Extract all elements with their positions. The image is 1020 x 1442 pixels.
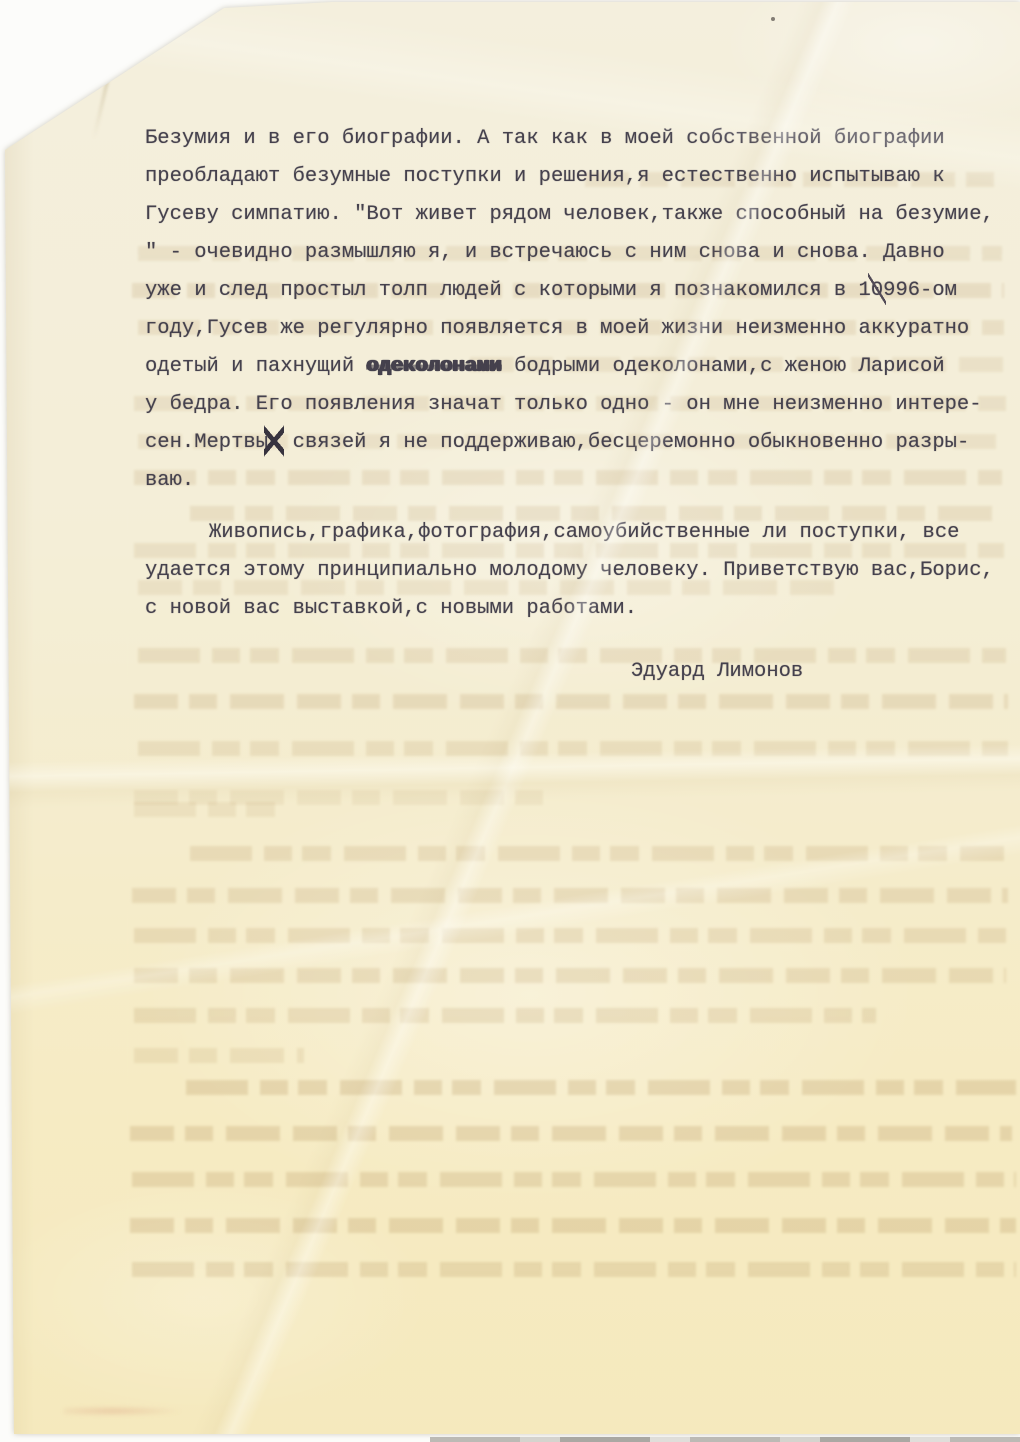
text-line: одетый и пахнущий одеколонами бодрыми од… (145, 348, 1013, 386)
letter-body: Безумия и в его биографии. А так как в м… (145, 120, 1013, 691)
bleed-through-line (134, 694, 1008, 709)
text-segment: одетый и пахнущий (145, 355, 366, 378)
bleed-through-line (134, 968, 1006, 983)
bleed-through-line (134, 1008, 876, 1023)
paper-sheet-wrap: Безумия и в его биографии. А так как в м… (0, 0, 1020, 1442)
bleed-through-line (132, 1262, 1016, 1277)
paper-sheet: Безумия и в его биографии. А так как в м… (0, 0, 1020, 1442)
paragraph-2: Живопись,графика,фотография,самоубийстве… (145, 514, 1013, 628)
scanned-letter-page: Безумия и в его биографии. А так как в м… (0, 0, 1020, 1442)
ink-speck (771, 17, 775, 21)
text-line: Гусеву симпатию. "Вот живет рядом челове… (145, 196, 1013, 234)
pen-struck-zero: 0 (871, 272, 883, 310)
bleed-through-line (130, 1126, 1012, 1141)
faint-smudge (64, 1406, 184, 1416)
paragraph-1: Безумия и в его биографии. А так как в м… (145, 120, 1013, 500)
bleed-through-line (190, 846, 1004, 861)
overstruck-letter: х (268, 424, 280, 462)
text-segment: 996-ом (883, 279, 957, 302)
scanner-edge-shadow (430, 1437, 1020, 1442)
bleed-through-line (138, 741, 1008, 756)
text-segment: уже и след простыл толп людей с которыми… (145, 279, 871, 302)
text-line: преобладают безумные поступки и решения,… (145, 158, 1013, 196)
text-segment: связей я не поддерживаю,бесцеремонно обы… (280, 431, 969, 454)
text-line: году,Гусев же регулярно появляется в мое… (145, 310, 1013, 348)
bleed-through-line (134, 1048, 304, 1063)
typed-over-word: одеколонами (366, 355, 501, 378)
corner-crease (92, 68, 112, 139)
text-segment: бодрыми одеколонами,с женою Ларисой (502, 355, 945, 378)
bleed-through-line (130, 1218, 1016, 1233)
bleed-through-line (132, 1172, 1016, 1187)
text-line: ваю. (145, 462, 1013, 500)
bleed-through-line (134, 928, 1012, 943)
text-line: сен.Мертвых связей я не поддерживаю,бесц… (145, 424, 1013, 462)
text-line: уже и след простыл толп людей с которыми… (145, 272, 1013, 310)
text-segment: сен.Мертвы (145, 431, 268, 454)
text-line: Живопись,графика,фотография,самоубийстве… (145, 514, 1013, 552)
bleed-through-line (134, 802, 284, 817)
text-line: с новой вас выставкой,с новыми работами. (145, 590, 1013, 628)
signature: Эдуард Лимонов (145, 653, 1013, 691)
bleed-through-line (186, 1080, 1016, 1095)
text-line: Безумия и в его биографии. А так как в м… (145, 120, 1013, 158)
bleed-through-line (132, 888, 1008, 903)
text-line: удается этому принципиально молодому чел… (145, 552, 1013, 590)
text-line: у бедра. Его появления значат только одн… (145, 386, 1013, 424)
